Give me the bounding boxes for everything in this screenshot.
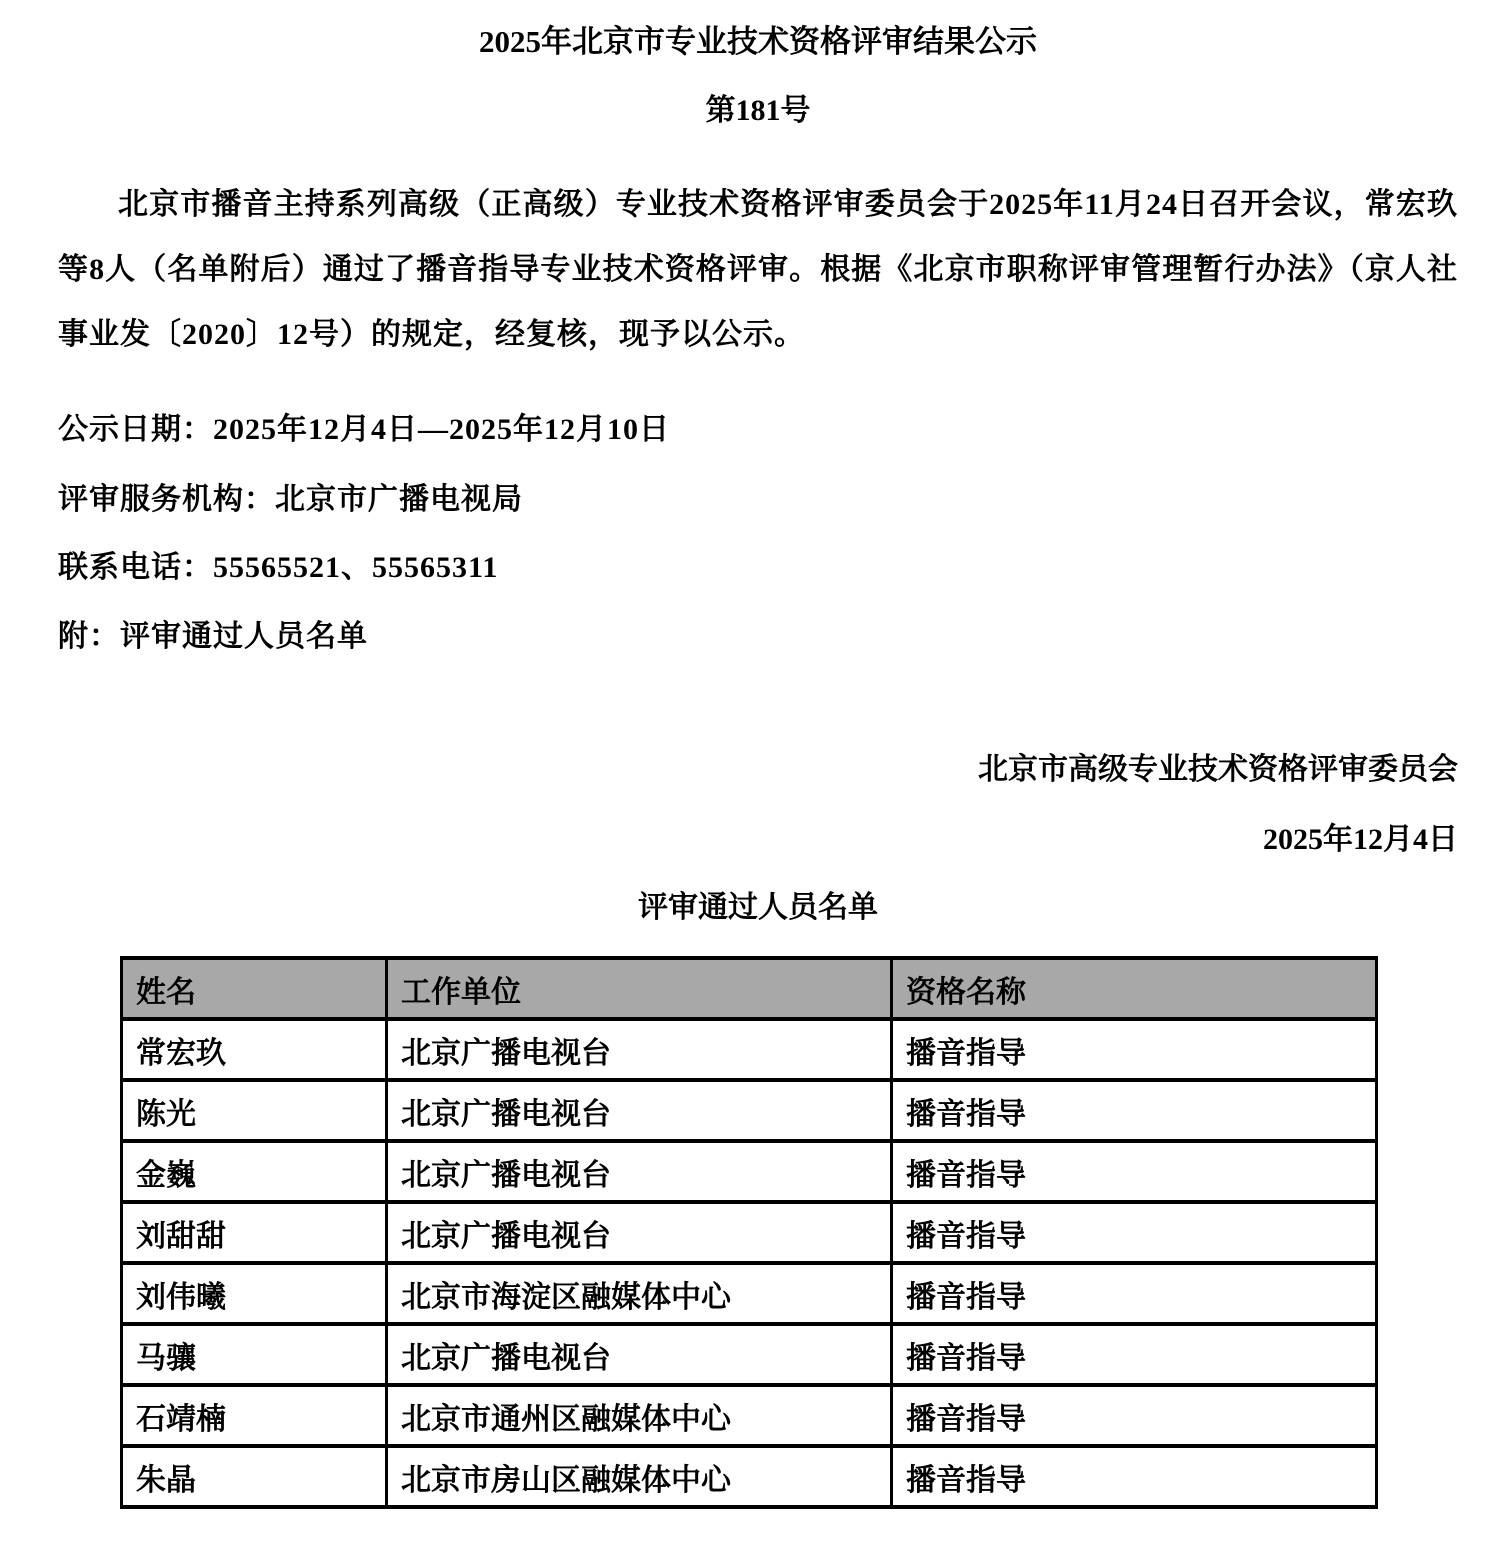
work-unit-cell: 北京市通州区融媒体中心 xyxy=(387,1385,892,1446)
qualification-cell: 播音指导 xyxy=(892,1446,1377,1507)
name-cell: 马骧 xyxy=(122,1324,387,1385)
qualification-cell: 播音指导 xyxy=(892,1324,1377,1385)
qualification-cell: 播音指导 xyxy=(892,1202,1377,1263)
attachment-note-line: 附：评审通过人员名单 xyxy=(58,621,1458,652)
header-row: 姓名 工作单位 资格名称 xyxy=(122,958,1377,1019)
name-cell: 刘伟曦 xyxy=(122,1263,387,1324)
name-cell: 朱晶 xyxy=(122,1446,387,1507)
table-row: 陈光北京广播电视台播音指导 xyxy=(122,1080,1377,1141)
name-cell: 刘甜甜 xyxy=(122,1202,387,1263)
announcement-document: 2025年北京市专业技术资格评审结果公示 第181号 北京市播音主持系列高级（正… xyxy=(0,0,1486,1509)
work-unit-cell: 北京广播电视台 xyxy=(387,1080,892,1141)
body-paragraph: 北京市播音主持系列高级（正高级）专业技术资格评审委员会于2025年11月24日召… xyxy=(58,172,1458,367)
header-cell-qualification: 资格名称 xyxy=(892,958,1377,1019)
table-row: 常宏玖北京广播电视台播音指导 xyxy=(122,1019,1377,1080)
issuer-name: 北京市高级专业技术资格评审委员会 xyxy=(58,754,1458,785)
issue-date: 2025年12月4日 xyxy=(58,824,1458,855)
doc-number: 第181号 xyxy=(58,95,1458,126)
table-row: 刘甜甜北京广播电视台播音指导 xyxy=(122,1202,1377,1263)
qualification-cell: 播音指导 xyxy=(892,1080,1377,1141)
table-row: 金巍北京广播电视台播音指导 xyxy=(122,1141,1377,1202)
header-cell-work-unit: 工作单位 xyxy=(387,958,892,1019)
header-cell-name: 姓名 xyxy=(122,958,387,1019)
contact-phone-line: 联系电话：55565521、55565311 xyxy=(58,552,1458,583)
name-cell: 常宏玖 xyxy=(122,1019,387,1080)
work-unit-cell: 北京广播电视台 xyxy=(387,1019,892,1080)
name-cell: 石靖楠 xyxy=(122,1385,387,1446)
page-title: 2025年北京市专业技术资格评审结果公示 xyxy=(58,26,1458,58)
work-unit-cell: 北京广播电视台 xyxy=(387,1202,892,1263)
qualification-cell: 播音指导 xyxy=(892,1263,1377,1324)
table-row: 马骧北京广播电视台播音指导 xyxy=(122,1324,1377,1385)
qualification-cell: 播音指导 xyxy=(892,1141,1377,1202)
name-cell: 金巍 xyxy=(122,1141,387,1202)
work-unit-cell: 北京广播电视台 xyxy=(387,1324,892,1385)
approved-roster-table: 姓名 工作单位 资格名称 常宏玖北京广播电视台播音指导陈光北京广播电视台播音指导… xyxy=(120,956,1378,1509)
qualification-cell: 播音指导 xyxy=(892,1019,1377,1080)
roster-table-header: 姓名 工作单位 资格名称 xyxy=(122,958,1377,1019)
work-unit-cell: 北京市房山区融媒体中心 xyxy=(387,1446,892,1507)
roster-table-title: 评审通过人员名单 xyxy=(58,892,1458,923)
roster-table-body: 常宏玖北京广播电视台播音指导陈光北京广播电视台播音指导金巍北京广播电视台播音指导… xyxy=(122,1019,1377,1507)
publicity-period-line: 公示日期：2025年12月4日—2025年12月10日 xyxy=(58,414,1458,445)
work-unit-cell: 北京广播电视台 xyxy=(387,1141,892,1202)
table-row: 朱晶北京市房山区融媒体中心播音指导 xyxy=(122,1446,1377,1507)
work-unit-cell: 北京市海淀区融媒体中心 xyxy=(387,1263,892,1324)
name-cell: 陈光 xyxy=(122,1080,387,1141)
table-row: 刘伟曦北京市海淀区融媒体中心播音指导 xyxy=(122,1263,1377,1324)
table-row: 石靖楠北京市通州区融媒体中心播音指导 xyxy=(122,1385,1377,1446)
qualification-cell: 播音指导 xyxy=(892,1385,1377,1446)
review-agency-line: 评审服务机构：北京市广播电视局 xyxy=(58,484,1458,515)
